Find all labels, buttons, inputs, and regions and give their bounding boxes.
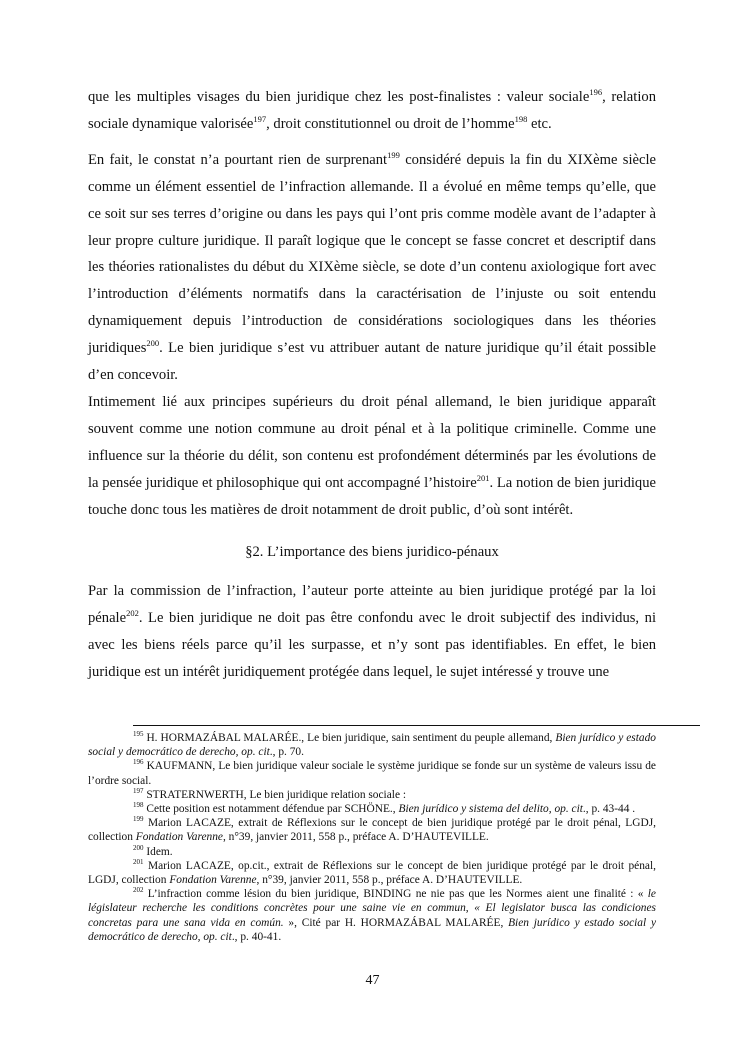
footnote-ref[interactable]: 196 (589, 87, 602, 97)
footnote-number: 200 (133, 844, 144, 852)
footnote: 199 Marion LACAZE, extrait de Réflexions… (88, 816, 656, 844)
paragraph: En fait, le constat n’a pourtant rien de… (88, 147, 656, 389)
footnote: 196 KAUFMANN, Le bien juridique valeur s… (88, 759, 656, 787)
footnote-number: 201 (133, 858, 144, 866)
footnote-ref[interactable]: 197 (253, 114, 266, 124)
paragraph: Intimement lié aux principes supérieurs … (88, 389, 656, 524)
footnote-number: 199 (133, 815, 144, 823)
footnote: 197 STRATERNWERTH, Le bien juridique rel… (88, 788, 656, 802)
body-text-before-heading: que les multiples visages du bien juridi… (88, 84, 656, 524)
footnotes: 195 H. HORMAZÁBAL MALARÉE., Le bien juri… (88, 731, 656, 944)
footnote-number: 195 (133, 730, 144, 738)
paragraph: que les multiples visages du bien juridi… (88, 84, 656, 138)
footnote-ref[interactable]: 200 (146, 338, 159, 348)
footnote-separator (133, 725, 700, 726)
footnote-number: 196 (133, 758, 144, 766)
footnote-ref[interactable]: 198 (515, 114, 528, 124)
footnote-number: 197 (133, 787, 144, 795)
footnote-number: 202 (133, 886, 144, 894)
section-heading: §2. L’importance des biens juridico-péna… (88, 539, 656, 566)
page-number: 47 (0, 973, 745, 989)
document-page: que les multiples visages du bien juridi… (0, 0, 745, 1053)
footnote: 195 H. HORMAZÁBAL MALARÉE., Le bien juri… (88, 731, 656, 759)
footnote-ref[interactable]: 201 (477, 473, 490, 483)
footnote-number: 198 (133, 801, 144, 809)
footnote: 198 Cette position est notamment défendu… (88, 802, 656, 816)
footnote-ref[interactable]: 199 (387, 150, 400, 160)
footnote: 201 Marion LACAZE, op.cit., extrait de R… (88, 859, 656, 887)
body-text-after-heading: Par la commission de l’infraction, l’aut… (88, 578, 656, 686)
paragraph: Par la commission de l’infraction, l’aut… (88, 578, 656, 686)
footnote: 200 Idem. (88, 845, 656, 859)
footnote-ref[interactable]: 202 (126, 608, 139, 618)
footnote: 202 L’infraction comme lésion du bien ju… (88, 887, 656, 944)
